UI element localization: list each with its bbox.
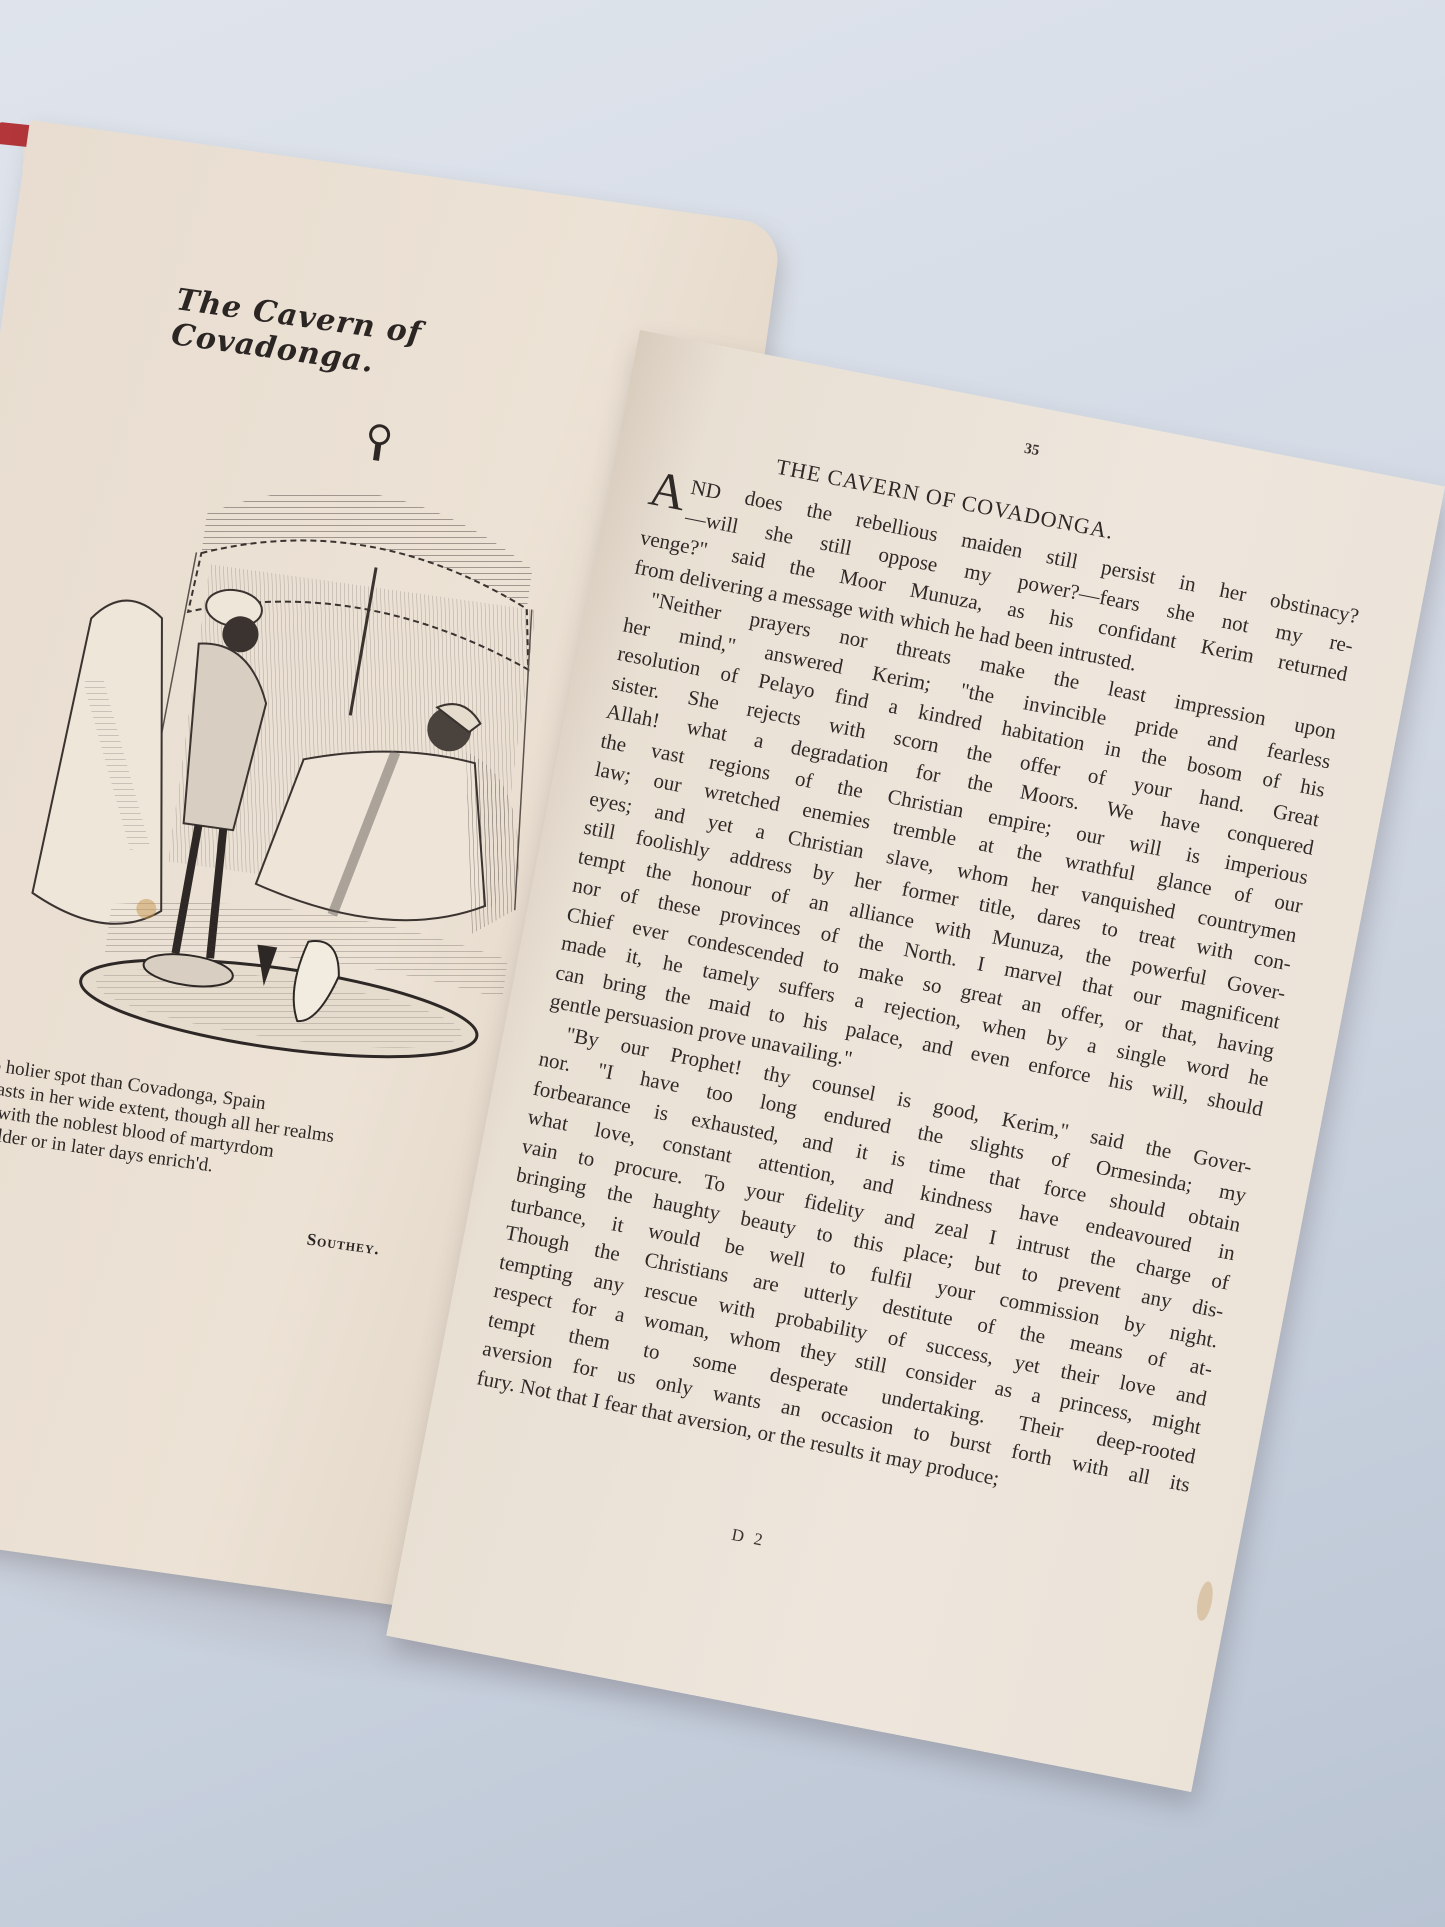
crescent-moon-icon	[367, 425, 390, 462]
text-lines: ND does the rebellious maiden still pers…	[474, 465, 1361, 1529]
signature-mark: D 2	[730, 1525, 767, 1551]
blackletter-title: The Cavern of Covadonga.	[169, 282, 595, 410]
page-number: 35	[1023, 441, 1041, 461]
drop-cap: A	[646, 467, 689, 513]
poem-attribution: Southey.	[306, 1230, 382, 1260]
foxing-stain	[1194, 1580, 1215, 1622]
body-text: A ND does the rebellious maiden still pe…	[474, 465, 1361, 1529]
